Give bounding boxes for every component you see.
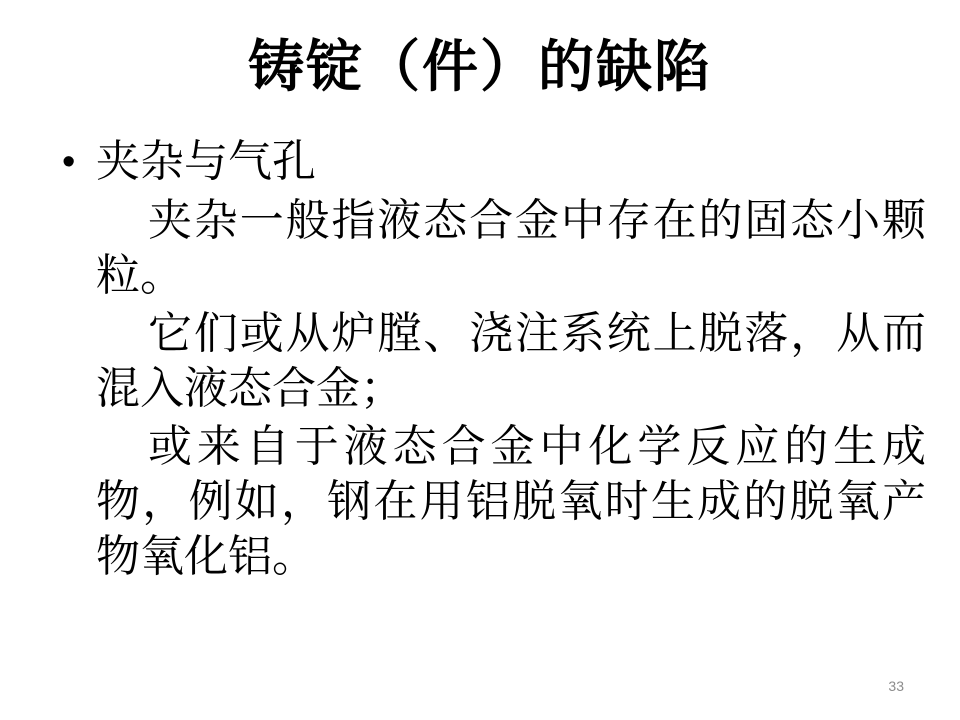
paragraph-inclusion-source-reaction: 或来自于液态合金中化学反应的生成物，例如，钢在用铝脱氧时生成的脱氧产物氧化铝。	[96, 419, 926, 584]
slide: 铸锭（件）的缺陷 • 夹杂与气孔 夹杂一般指液态合金中存在的固态小颗粒。 它们或…	[0, 0, 960, 720]
paragraph-inclusion-definition: 夹杂一般指液态合金中存在的固态小颗粒。	[96, 193, 926, 303]
slide-body: • 夹杂与气孔 夹杂一般指液态合金中存在的固态小颗粒。 它们或从炉膛、浇注系统上…	[60, 134, 930, 584]
paragraph-inclusion-source-furnace: 它们或从炉膛、浇注系统上脱落，从而混入液态合金；	[96, 306, 926, 416]
bullet-heading: 夹杂与气孔	[96, 136, 316, 187]
page-number: 33	[888, 678, 904, 694]
bullet-dot-icon: •	[62, 134, 75, 190]
slide-title: 铸锭（件）的缺陷	[0, 28, 960, 108]
bullet-item: • 夹杂与气孔	[60, 134, 930, 190]
